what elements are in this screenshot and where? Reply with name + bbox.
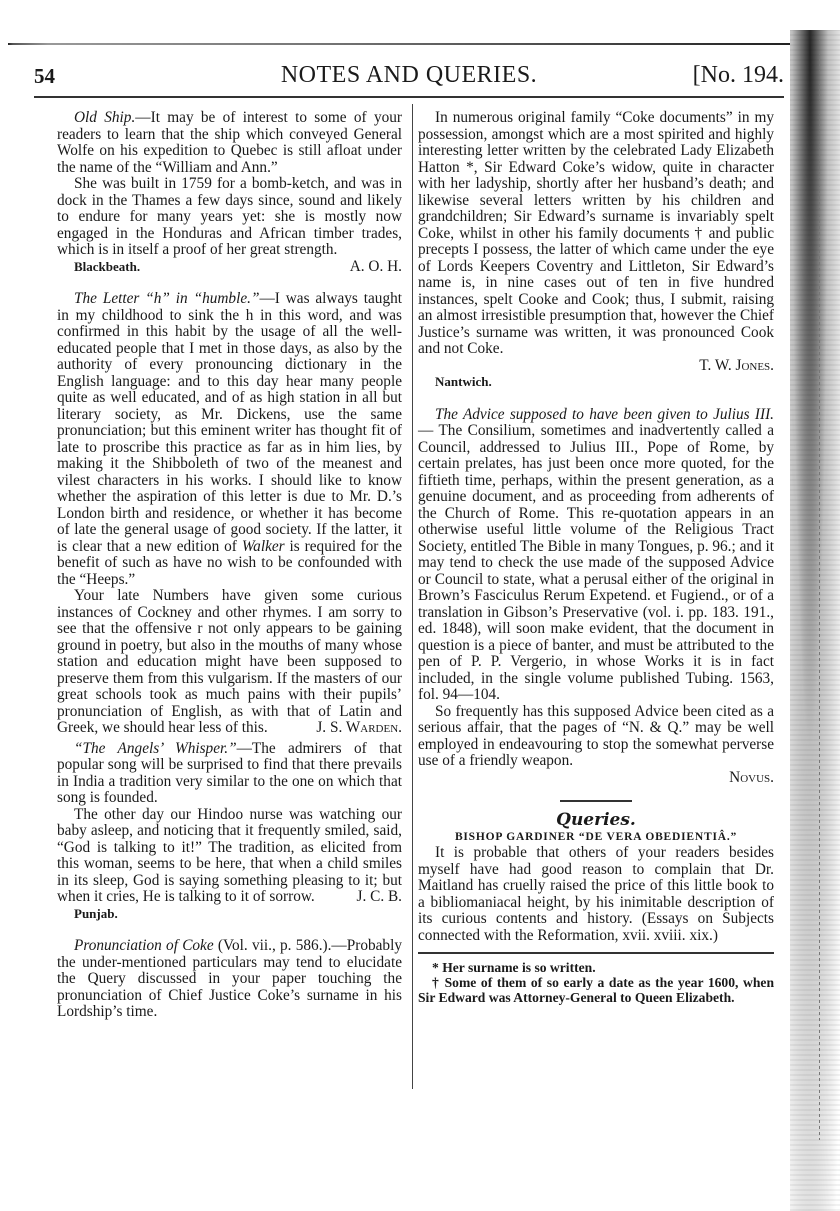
journal-title: NOTES AND QUERIES. — [34, 62, 784, 89]
article-letter-h: The Letter “h” in “humble.”—I was always… — [57, 291, 402, 737]
column-divider — [412, 104, 413, 1089]
page-edge-line — [819, 40, 820, 1140]
article-paragraph: In numerous original family “Coke docume… — [418, 110, 774, 358]
article-old-ship: Old Ship.—It may be of interest to some … — [57, 110, 402, 275]
article-coke-continued: In numerous original family “Coke docume… — [418, 110, 774, 391]
issue-number: [No. 194. — [693, 62, 784, 89]
article-paragraph: Pronunciation of Coke (Vol. vii., p. 586… — [57, 938, 402, 1021]
article-paragraph: The other day our Hindoo nurse was watch… — [57, 807, 402, 906]
article-title: Old Ship. — [74, 109, 135, 126]
signature: Novus. — [418, 770, 774, 787]
place-name: Nantwich. — [435, 374, 774, 391]
article-title: The Advice supposed to have been given t… — [435, 406, 774, 423]
article-paragraph: The Letter “h” in “humble.”—I was always… — [57, 291, 402, 588]
right-column: In numerous original family “Coke docume… — [418, 110, 774, 1005]
section-rule — [560, 800, 632, 802]
query-title: BISHOP GARDINER “DE VERA OBEDIENTIÂ.” — [418, 829, 774, 846]
article-paragraph: So frequently has this supposed Advice b… — [418, 704, 774, 770]
footnote: * Her surname is so written. — [418, 960, 774, 975]
article-paragraph: Old Ship.—It may be of interest to some … — [57, 110, 402, 176]
article-paragraph: The Advice supposed to have been given t… — [418, 407, 774, 704]
article-paragraph: It is probable that others of your reade… — [418, 845, 774, 944]
section-title: Queries. — [418, 812, 774, 829]
left-column: Old Ship.—It may be of interest to some … — [57, 110, 402, 1021]
signature: T. W. Jones. — [418, 358, 774, 375]
signature: A. O. H. — [333, 259, 402, 276]
article-paragraph: “The Angels’ Whisper.”—The admirers of t… — [57, 741, 402, 807]
header-rule — [34, 96, 784, 98]
footnotes: * Her surname is so written. † Some of t… — [418, 960, 774, 1005]
article-advice-julius: The Advice supposed to have been given t… — [418, 407, 774, 787]
article-title: Pronunciation of Coke — [74, 937, 214, 954]
article-paragraph: Your late Numbers have given some curiou… — [57, 588, 402, 737]
top-rule — [8, 43, 790, 45]
place-name: Punjab. — [74, 906, 402, 923]
footnote: † Some of them of so early a date as the… — [418, 975, 774, 1005]
footnote-rule — [418, 952, 774, 954]
page-edge-shadow — [790, 30, 840, 1211]
article-angels-whisper: “The Angels’ Whisper.”—The admirers of t… — [57, 741, 402, 923]
article-title: “The Angels’ Whisper.” — [74, 740, 237, 757]
signature: J. C. B. — [340, 889, 402, 906]
article-pronunciation-coke: Pronunciation of Coke (Vol. vii., p. 586… — [57, 938, 402, 1021]
volume-reference: (Vol. vii., p. 586.).— — [214, 937, 347, 954]
queries-section: Queries. BISHOP GARDINER “DE VERA OBEDIE… — [418, 812, 774, 944]
article-title: The Letter “h” in “humble.” — [74, 290, 259, 307]
signature: J. S. Warden. — [299, 720, 402, 737]
running-header: 54 NOTES AND QUERIES. [No. 194. — [34, 60, 784, 90]
article-paragraph: She was built in 1759 for a bomb-ketch, … — [57, 176, 402, 259]
